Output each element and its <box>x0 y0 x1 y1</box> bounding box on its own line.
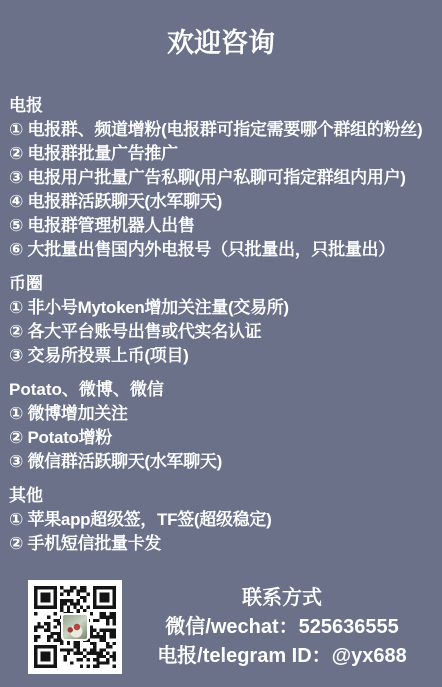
wechat-qr-code <box>28 580 122 674</box>
list-item: ③ 交易所投票上币(项目) <box>9 344 436 368</box>
list-item: ③ 电报用户批量广告私聊(用户私聊可指定群组内用户) <box>9 166 436 190</box>
section-crypto: 币圈 ① 非小号Mytoken增加关注量(交易所) ② 各大平台账号出售或代实名… <box>9 272 436 368</box>
section-header-crypto: 币圈 <box>9 272 436 296</box>
promo-flyer: 欢迎咨询 电报 ① 电报群、频道增粉(电报群可指定需要哪个群组的粉丝) ② 电报… <box>0 0 442 687</box>
list-item: ① 微博增加关注 <box>9 402 436 426</box>
list-item: ① 苹果app超级签，TF签(超级稳定) <box>9 508 436 532</box>
contact-info: 联系方式 微信/wechat：525636555 电报/telegram ID：… <box>122 584 442 671</box>
contact-telegram-line: 电报/telegram ID：@yx688 <box>122 642 442 671</box>
list-item: ② 各大平台账号出售或代实名认证 <box>9 320 436 344</box>
section-other: 其他 ① 苹果app超级签，TF签(超级稳定) ② 手机短信批量卡发 <box>9 484 436 556</box>
contact-section: 联系方式 微信/wechat：525636555 电报/telegram ID：… <box>0 580 442 674</box>
section-header-telegram: 电报 <box>9 94 436 118</box>
section-telegram: 电报 ① 电报群、频道增粉(电报群可指定需要哪个群组的粉丝) ② 电报群批量广告… <box>9 94 436 262</box>
list-item: ② Potato增粉 <box>9 426 436 450</box>
page-title: 欢迎咨询 <box>0 0 442 60</box>
section-header-potato-weibo-wechat: Potato、微博、微信 <box>9 378 436 402</box>
list-item: ③ 微信群活跃聊天(水军聊天) <box>9 450 436 474</box>
list-item: ⑤ 电报群管理机器人出售 <box>9 214 436 238</box>
list-item: ② 手机短信批量卡发 <box>9 532 436 556</box>
list-item: ② 电报群批量广告推广 <box>9 142 436 166</box>
contact-wechat-line: 微信/wechat：525636555 <box>122 613 442 642</box>
contact-heading: 联系方式 <box>122 584 442 613</box>
section-header-other: 其他 <box>9 484 436 508</box>
service-list: 电报 ① 电报群、频道增粉(电报群可指定需要哪个群组的粉丝) ② 电报群批量广告… <box>0 60 442 556</box>
list-item: ⑥ 大批量出售国内外电报号（只批量出，只批量出） <box>9 238 436 262</box>
qr-center-avatar <box>61 613 89 641</box>
list-item: ① 电报群、频道增粉(电报群可指定需要哪个群组的粉丝) <box>9 118 436 142</box>
list-item: ① 非小号Mytoken增加关注量(交易所) <box>9 296 436 320</box>
list-item: ④ 电报群活跃聊天(水军聊天) <box>9 190 436 214</box>
section-potato-weibo-wechat: Potato、微博、微信 ① 微博增加关注 ② Potato增粉 ③ 微信群活跃… <box>9 378 436 474</box>
